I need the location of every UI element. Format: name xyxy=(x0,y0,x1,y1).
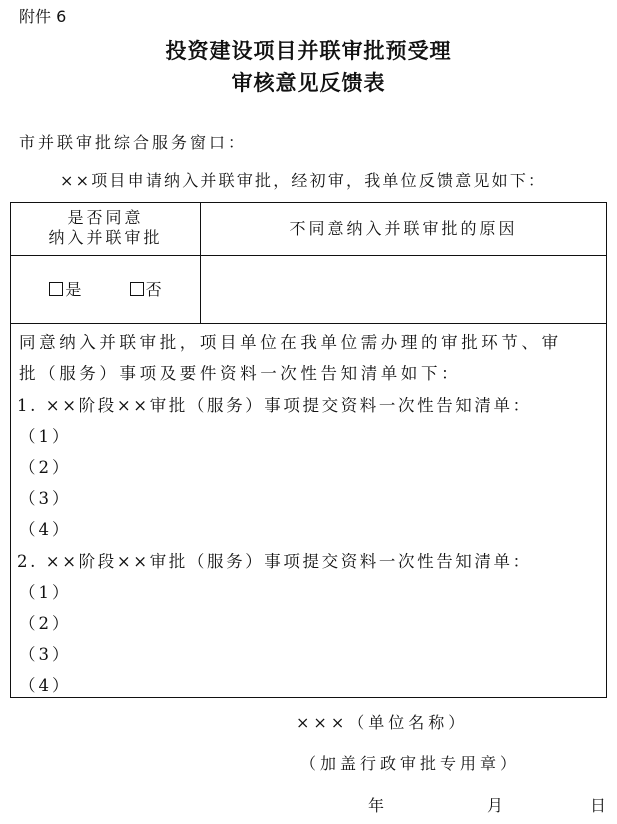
section-1-heading: 1. ××阶段××审批（服务）事项提交资料一次性告知清单： xyxy=(17,392,532,416)
section-2-item-4: （4） xyxy=(19,672,72,696)
addressee: 市并联审批综合服务窗口： xyxy=(19,130,247,153)
no-checkbox[interactable] xyxy=(130,282,144,296)
agree-text-line2: 批（服务）事项及要件资料一次性告知清单如下： xyxy=(19,360,461,384)
option-yes[interactable]: 是 xyxy=(49,280,81,299)
title-line-2: 审核意见反馈表 xyxy=(0,67,617,97)
agree-text-line1: 同意纳入并联审批，项目单位在我单位需办理的审批环节、审 xyxy=(19,329,562,353)
section-1-item-4: （4） xyxy=(19,516,72,540)
agree-options-cell: 是 否 xyxy=(11,280,200,300)
option-no[interactable]: 否 xyxy=(130,280,162,299)
header-agree-cell: 是否同意 纳入并联审批 xyxy=(11,208,200,248)
section-2-item-1: （1） xyxy=(19,579,72,603)
title-line-1: 投资建设项目并联审批预受理 xyxy=(0,35,617,65)
date-month: 月 xyxy=(487,793,507,816)
section-1-item-1: （1） xyxy=(19,423,72,447)
section-1-item-2: （2） xyxy=(19,454,72,478)
header-reason: 不同意纳入并联审批的原因 xyxy=(201,219,606,239)
yes-checkbox[interactable] xyxy=(49,282,63,296)
section-2-item-2: （2） xyxy=(19,610,72,634)
seal-note: （加盖行政审批专用章） xyxy=(300,751,520,774)
date-day: 日 xyxy=(590,793,610,816)
date-year: 年 xyxy=(368,793,388,816)
section-1-item-3: （3） xyxy=(19,485,72,509)
no-label: 否 xyxy=(146,280,162,299)
reason-input-area[interactable] xyxy=(201,256,606,322)
intro-text: ××项目申请纳入并联审批，经初审，我单位反馈意见如下： xyxy=(60,168,546,191)
table-divider xyxy=(11,323,606,324)
section-2-heading: 2. ××阶段××审批（服务）事项提交资料一次性告知清单： xyxy=(17,548,532,572)
attachment-label: 附件 6 xyxy=(19,4,66,27)
feedback-table: 是否同意 纳入并联审批 不同意纳入并联审批的原因 是 否 同意纳入并联审批，项目… xyxy=(10,202,607,698)
section-2-item-3: （3） xyxy=(19,641,72,665)
unit-name: ×××（单位名称） xyxy=(296,710,468,733)
header-agree-line2: 纳入并联审批 xyxy=(11,228,200,248)
yes-label: 是 xyxy=(65,280,81,299)
header-agree-line1: 是否同意 xyxy=(11,208,200,228)
